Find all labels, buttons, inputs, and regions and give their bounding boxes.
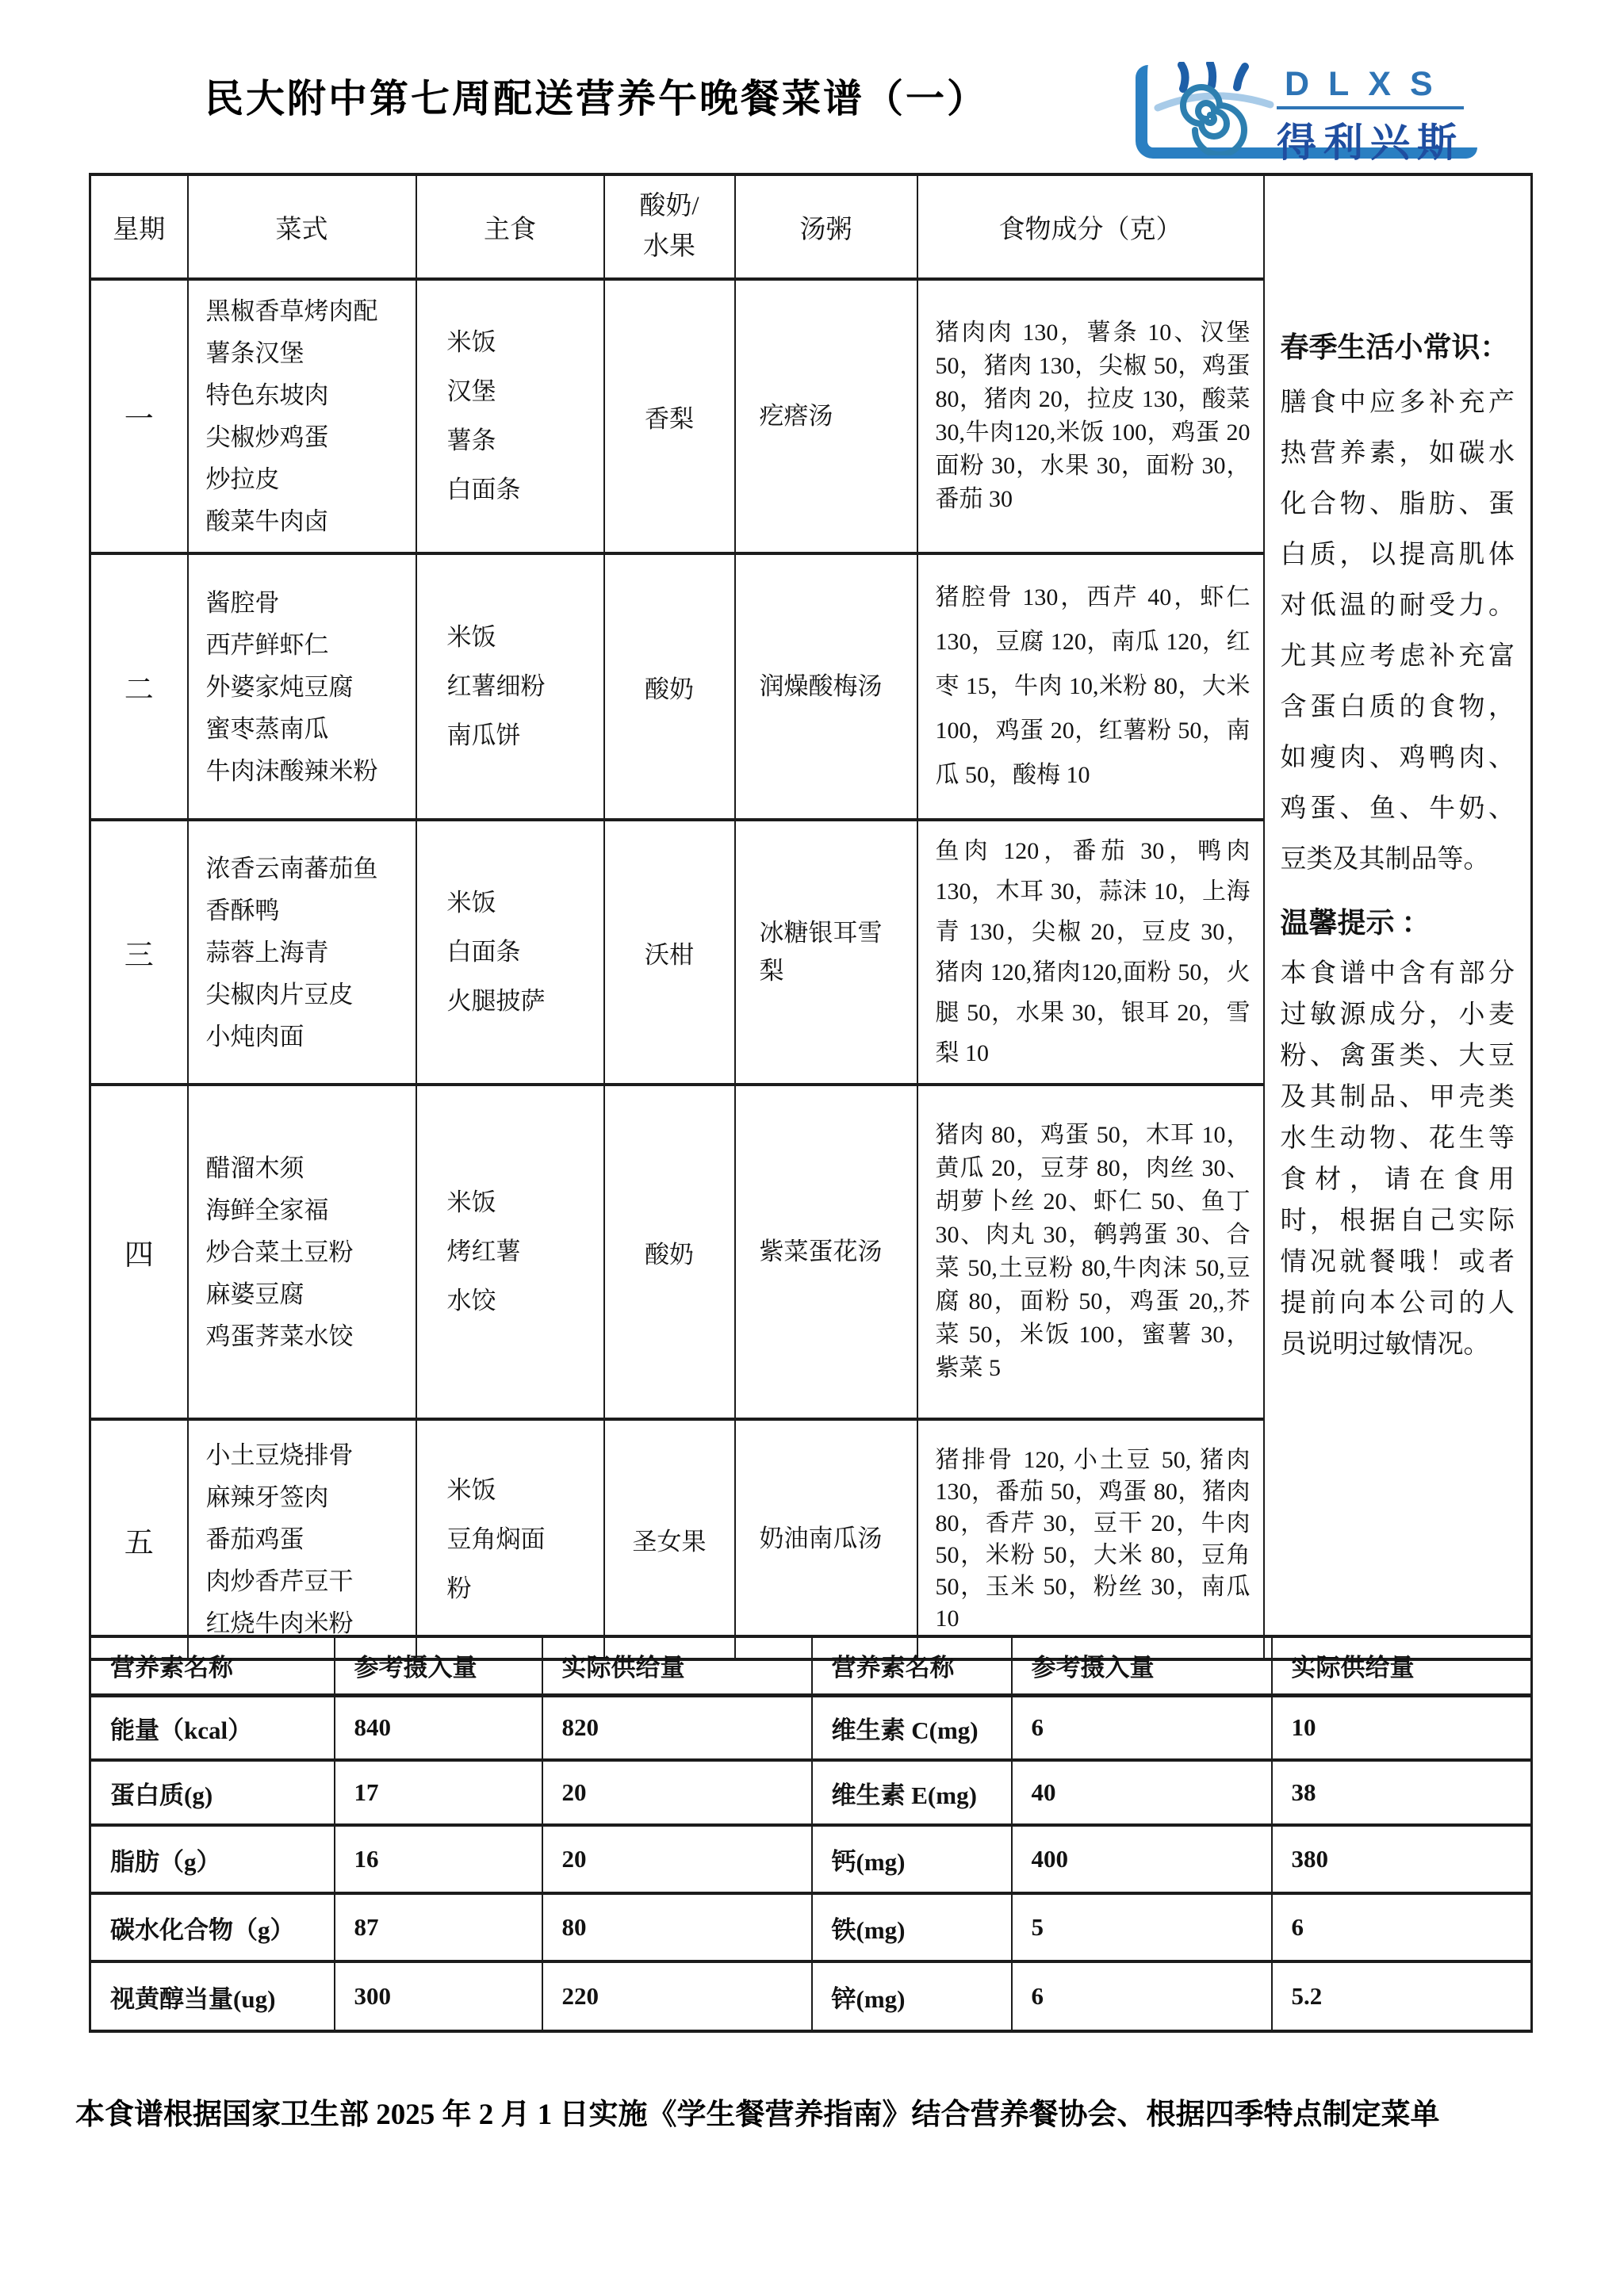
- actual-supply-header: 实际供给量: [1272, 1636, 1532, 1695]
- staple-line: 薯条: [447, 416, 597, 465]
- staple-line: 米饭: [447, 1466, 597, 1515]
- dish-line: 牛肉沫酸辣米粉: [206, 750, 408, 792]
- staple-line: 烤红薯: [447, 1227, 597, 1276]
- actual-supply: 6: [1272, 1893, 1532, 1961]
- actual-supply: 38: [1272, 1760, 1532, 1825]
- dish-line: 蒜蓉上海青: [206, 932, 408, 974]
- ingredients-cell: 猪排骨 120, 小土豆 50, 猪肉 130，番茄 50，鸡蛋 80，猪肉 8…: [917, 1419, 1264, 1659]
- nutrient-name: 钙(mg): [812, 1825, 1012, 1893]
- staples-cell: 米饭 豆角焖面 粉: [416, 1419, 604, 1659]
- actual-supply: 220: [542, 1961, 812, 2031]
- col-header-fruit: 酸奶/ 水果: [604, 174, 735, 279]
- dish-line: 肉炒香芹豆干: [206, 1560, 408, 1602]
- day-cell: 三: [90, 820, 188, 1085]
- dish-line: 特色东坡肉: [206, 374, 408, 416]
- dish-line: 醋溜木须: [206, 1147, 408, 1189]
- page-title: 民大附中第七周配送营养午晚餐菜谱（一）: [89, 68, 1104, 124]
- col-header-dishes: 菜式: [188, 174, 416, 279]
- reference-intake: 87: [335, 1893, 542, 1961]
- soup-cell: 奶油南瓜汤: [735, 1419, 917, 1659]
- reference-intake: 16: [335, 1825, 542, 1893]
- nutrition-row: 视黄醇当量(ug) 300 220 锌(mg) 6 5.2: [90, 1961, 1532, 2031]
- dish-line: 小炖肉面: [206, 1016, 408, 1058]
- dish-line: 酱腔骨: [206, 582, 408, 624]
- dish-line: 薯条汉堡: [206, 332, 408, 374]
- staple-line: 白面条: [447, 928, 597, 977]
- actual-supply: 5.2: [1272, 1961, 1532, 2031]
- dish-line: 尖椒炒鸡蛋: [206, 416, 408, 458]
- dish-line: 香酥鸭: [206, 890, 408, 932]
- nutrient-name: 铁(mg): [812, 1893, 1012, 1961]
- reference-intake: 40: [1012, 1760, 1272, 1825]
- dishes-cell: 醋溜木须 海鲜全家福 炒合菜土豆粉 麻婆豆腐 鸡蛋荠菜水饺: [188, 1085, 416, 1419]
- dish-line: 浓香云南蕃茄鱼: [206, 848, 408, 890]
- staple-line: 米饭: [447, 1178, 597, 1227]
- staple-line: 南瓜饼: [447, 711, 597, 760]
- footnote: 本食谱根据国家卫生部 2025 年 2 月 1 日实施《学生餐营养指南》结合营养…: [75, 2090, 1566, 2133]
- dish-line: 酸菜牛肉卤: [206, 500, 408, 542]
- ingredients-cell: 猪肉肉 130，薯条 10、汉堡 50，猪肉 130，尖椒 50，鸡蛋 80，猪…: [917, 279, 1264, 553]
- day-cell: 五: [90, 1419, 188, 1659]
- actual-supply: 20: [542, 1825, 812, 1893]
- menu-header-row: 星期 菜式 主食 酸奶/ 水果 汤粥 食物成分（克） 春季生活小常识： 膳食中应…: [90, 174, 1532, 279]
- dishes-cell: 酱腔骨 西芹鲜虾仁 外婆家炖豆腐 蜜枣蒸南瓜 牛肉沫酸辣米粉: [188, 553, 416, 820]
- soup-cell: 冰糖银耳雪梨: [735, 820, 917, 1085]
- menu-document: 民大附中第七周配送营养午晚餐菜谱（一） DLXS 得利兴斯 星期 菜式 主食 酸…: [0, 0, 1624, 2296]
- dish-line: 黑椒香草烤肉配: [206, 290, 408, 332]
- actual-supply: 820: [542, 1695, 812, 1760]
- tip-title-allergy: 温馨提示 ：: [1281, 899, 1515, 947]
- staple-line: 白面条: [447, 465, 597, 515]
- dishes-cell: 浓香云南蕃茄鱼 香酥鸭 蒜蓉上海青 尖椒肉片豆皮 小炖肉面: [188, 820, 416, 1085]
- dish-line: 炒拉皮: [206, 458, 408, 500]
- dish-line: 海鲜全家福: [206, 1189, 408, 1231]
- day-cell: 二: [90, 553, 188, 820]
- reference-intake: 300: [335, 1961, 542, 2031]
- nutrient-name: 视黄醇当量(ug): [90, 1961, 335, 2031]
- nutrient-name: 维生素 E(mg): [812, 1760, 1012, 1825]
- nutrition-table: 营养素名称 参考摄入量 实际供给量 营养素名称 参考摄入量 实际供给量 能量（k…: [89, 1635, 1533, 2033]
- staple-line: 水饺: [447, 1276, 597, 1326]
- fruit-cell: 酸奶: [604, 1085, 735, 1419]
- nutrient-name: 能量（kcal）: [90, 1695, 335, 1760]
- staples-cell: 米饭 烤红薯 水饺: [416, 1085, 604, 1419]
- nutrition-header-row: 营养素名称 参考摄入量 实际供给量 营养素名称 参考摄入量 实际供给量: [90, 1636, 1532, 1695]
- actual-supply-header: 实际供给量: [542, 1636, 812, 1695]
- staples-cell: 米饭 汉堡 薯条 白面条: [416, 279, 604, 553]
- dish-line: 番茄鸡蛋: [206, 1518, 408, 1560]
- reference-intake-header: 参考摄入量: [335, 1636, 542, 1695]
- company-logo: DLXS 得利兴斯: [1136, 62, 1481, 155]
- tip-title-spring: 春季生活小常识：: [1281, 323, 1515, 371]
- staples-cell: 米饭 白面条 火腿披萨: [416, 820, 604, 1085]
- logo-name: 得利兴斯: [1277, 111, 1475, 168]
- seasonal-tips-panel: 春季生活小常识： 膳食中应多补充产热营养素，如碳水化合物、脂肪、蛋白质，以提高肌…: [1264, 174, 1532, 1659]
- ingredients-cell: 猪腔骨 130，西芹 40，虾仁 130，豆腐 120，南瓜 120，红枣 15…: [917, 553, 1264, 820]
- col-header-staples: 主食: [416, 174, 604, 279]
- fruit-cell: 香梨: [604, 279, 735, 553]
- ingredients-cell: 猪肉 80，鸡蛋 50，木耳 10，黄瓜 20，豆芽 80，肉丝 30、胡萝卜丝…: [917, 1085, 1264, 1419]
- nutrient-name: 锌(mg): [812, 1961, 1012, 2031]
- nutrient-name-header: 营养素名称: [812, 1636, 1012, 1695]
- reference-intake: 6: [1012, 1961, 1272, 2031]
- reference-intake: 400: [1012, 1825, 1272, 1893]
- reference-intake: 840: [335, 1695, 542, 1760]
- day-cell: 四: [90, 1085, 188, 1419]
- nutrient-name: 维生素 C(mg): [812, 1695, 1012, 1760]
- day-cell: 一: [90, 279, 188, 553]
- fruit-cell: 酸奶: [604, 553, 735, 820]
- dish-line: 西芹鲜虾仁: [206, 624, 408, 666]
- actual-supply: 80: [542, 1893, 812, 1961]
- dish-line: 外婆家炖豆腐: [206, 666, 408, 708]
- dish-line: 麻婆豆腐: [206, 1273, 408, 1315]
- nutrition-row: 脂肪（g） 16 20 钙(mg) 400 380: [90, 1825, 1532, 1893]
- tip-body-spring: 膳食中应多补充产热营养素，如碳水化合物、脂肪、蛋白质，以提高肌体对低温的耐受力。…: [1281, 377, 1515, 885]
- actual-supply: 10: [1272, 1695, 1532, 1760]
- nutrient-name: 碳水化合物（g）: [90, 1893, 335, 1961]
- staple-line: 米饭: [447, 878, 597, 928]
- nutrition-row: 蛋白质(g) 17 20 维生素 E(mg) 40 38: [90, 1760, 1532, 1825]
- staple-line: 汉堡: [447, 367, 597, 416]
- nutrition-row: 能量（kcal） 840 820 维生素 C(mg) 6 10: [90, 1695, 1532, 1760]
- logo-acronym: DLXS: [1277, 65, 1464, 109]
- dish-line: 鸡蛋荠菜水饺: [206, 1315, 408, 1357]
- nutrient-name: 蛋白质(g): [90, 1760, 335, 1825]
- col-header-day: 星期: [90, 174, 188, 279]
- actual-supply: 380: [1272, 1825, 1532, 1893]
- dishes-cell: 小土豆烧排骨 麻辣牙签肉 番茄鸡蛋 肉炒香芹豆干 红烧牛肉米粉: [188, 1419, 416, 1659]
- weekly-menu-table: 星期 菜式 主食 酸奶/ 水果 汤粥 食物成分（克） 春季生活小常识： 膳食中应…: [89, 173, 1533, 1661]
- dish-line: 小土豆烧排骨: [206, 1434, 408, 1476]
- tip-body-allergy: 本食谱中含有部分过敏源成分，小麦粉、禽蛋类、大豆及其制品、甲壳类水生动物、花生等…: [1281, 953, 1515, 1365]
- col-header-ingredients: 食物成分（克）: [917, 174, 1264, 279]
- reference-intake: 5: [1012, 1893, 1272, 1961]
- reference-intake: 6: [1012, 1695, 1272, 1760]
- soup-cell: 疙瘩汤: [735, 279, 917, 553]
- staple-line: 米饭: [447, 613, 597, 662]
- soup-cell: 润燥酸梅汤: [735, 553, 917, 820]
- dish-line: 麻辣牙签肉: [206, 1476, 408, 1518]
- reference-intake: 17: [335, 1760, 542, 1825]
- staples-cell: 米饭 红薯细粉 南瓜饼: [416, 553, 604, 820]
- dish-line: 炒合菜土豆粉: [206, 1231, 408, 1273]
- staple-line: 火腿披萨: [447, 977, 597, 1026]
- staple-line: 粉: [447, 1564, 597, 1613]
- nutrient-name-header: 营养素名称: [90, 1636, 335, 1695]
- col-header-soup: 汤粥: [735, 174, 917, 279]
- staple-line: 红薯细粉: [447, 662, 597, 711]
- soup-cell: 紫菜蛋花汤: [735, 1085, 917, 1419]
- fruit-cell: 沃柑: [604, 820, 735, 1085]
- fruit-cell: 圣女果: [604, 1419, 735, 1659]
- nutrient-name: 脂肪（g）: [90, 1825, 335, 1893]
- eye-swirl-icon: [1153, 62, 1277, 155]
- ingredients-cell: 鱼肉 120，番茄 30，鸭肉 130，木耳 30，蒜沫 10，上海青 130，…: [917, 820, 1264, 1085]
- dish-line: 尖椒肉片豆皮: [206, 974, 408, 1016]
- staple-line: 米饭: [447, 318, 597, 367]
- staple-line: 豆角焖面: [447, 1515, 597, 1564]
- dish-line: 蜜枣蒸南瓜: [206, 708, 408, 750]
- nutrition-row: 碳水化合物（g） 87 80 铁(mg) 5 6: [90, 1893, 1532, 1961]
- dishes-cell: 黑椒香草烤肉配 薯条汉堡 特色东坡肉 尖椒炒鸡蛋 炒拉皮 酸菜牛肉卤: [188, 279, 416, 553]
- actual-supply: 20: [542, 1760, 812, 1825]
- reference-intake-header: 参考摄入量: [1012, 1636, 1272, 1695]
